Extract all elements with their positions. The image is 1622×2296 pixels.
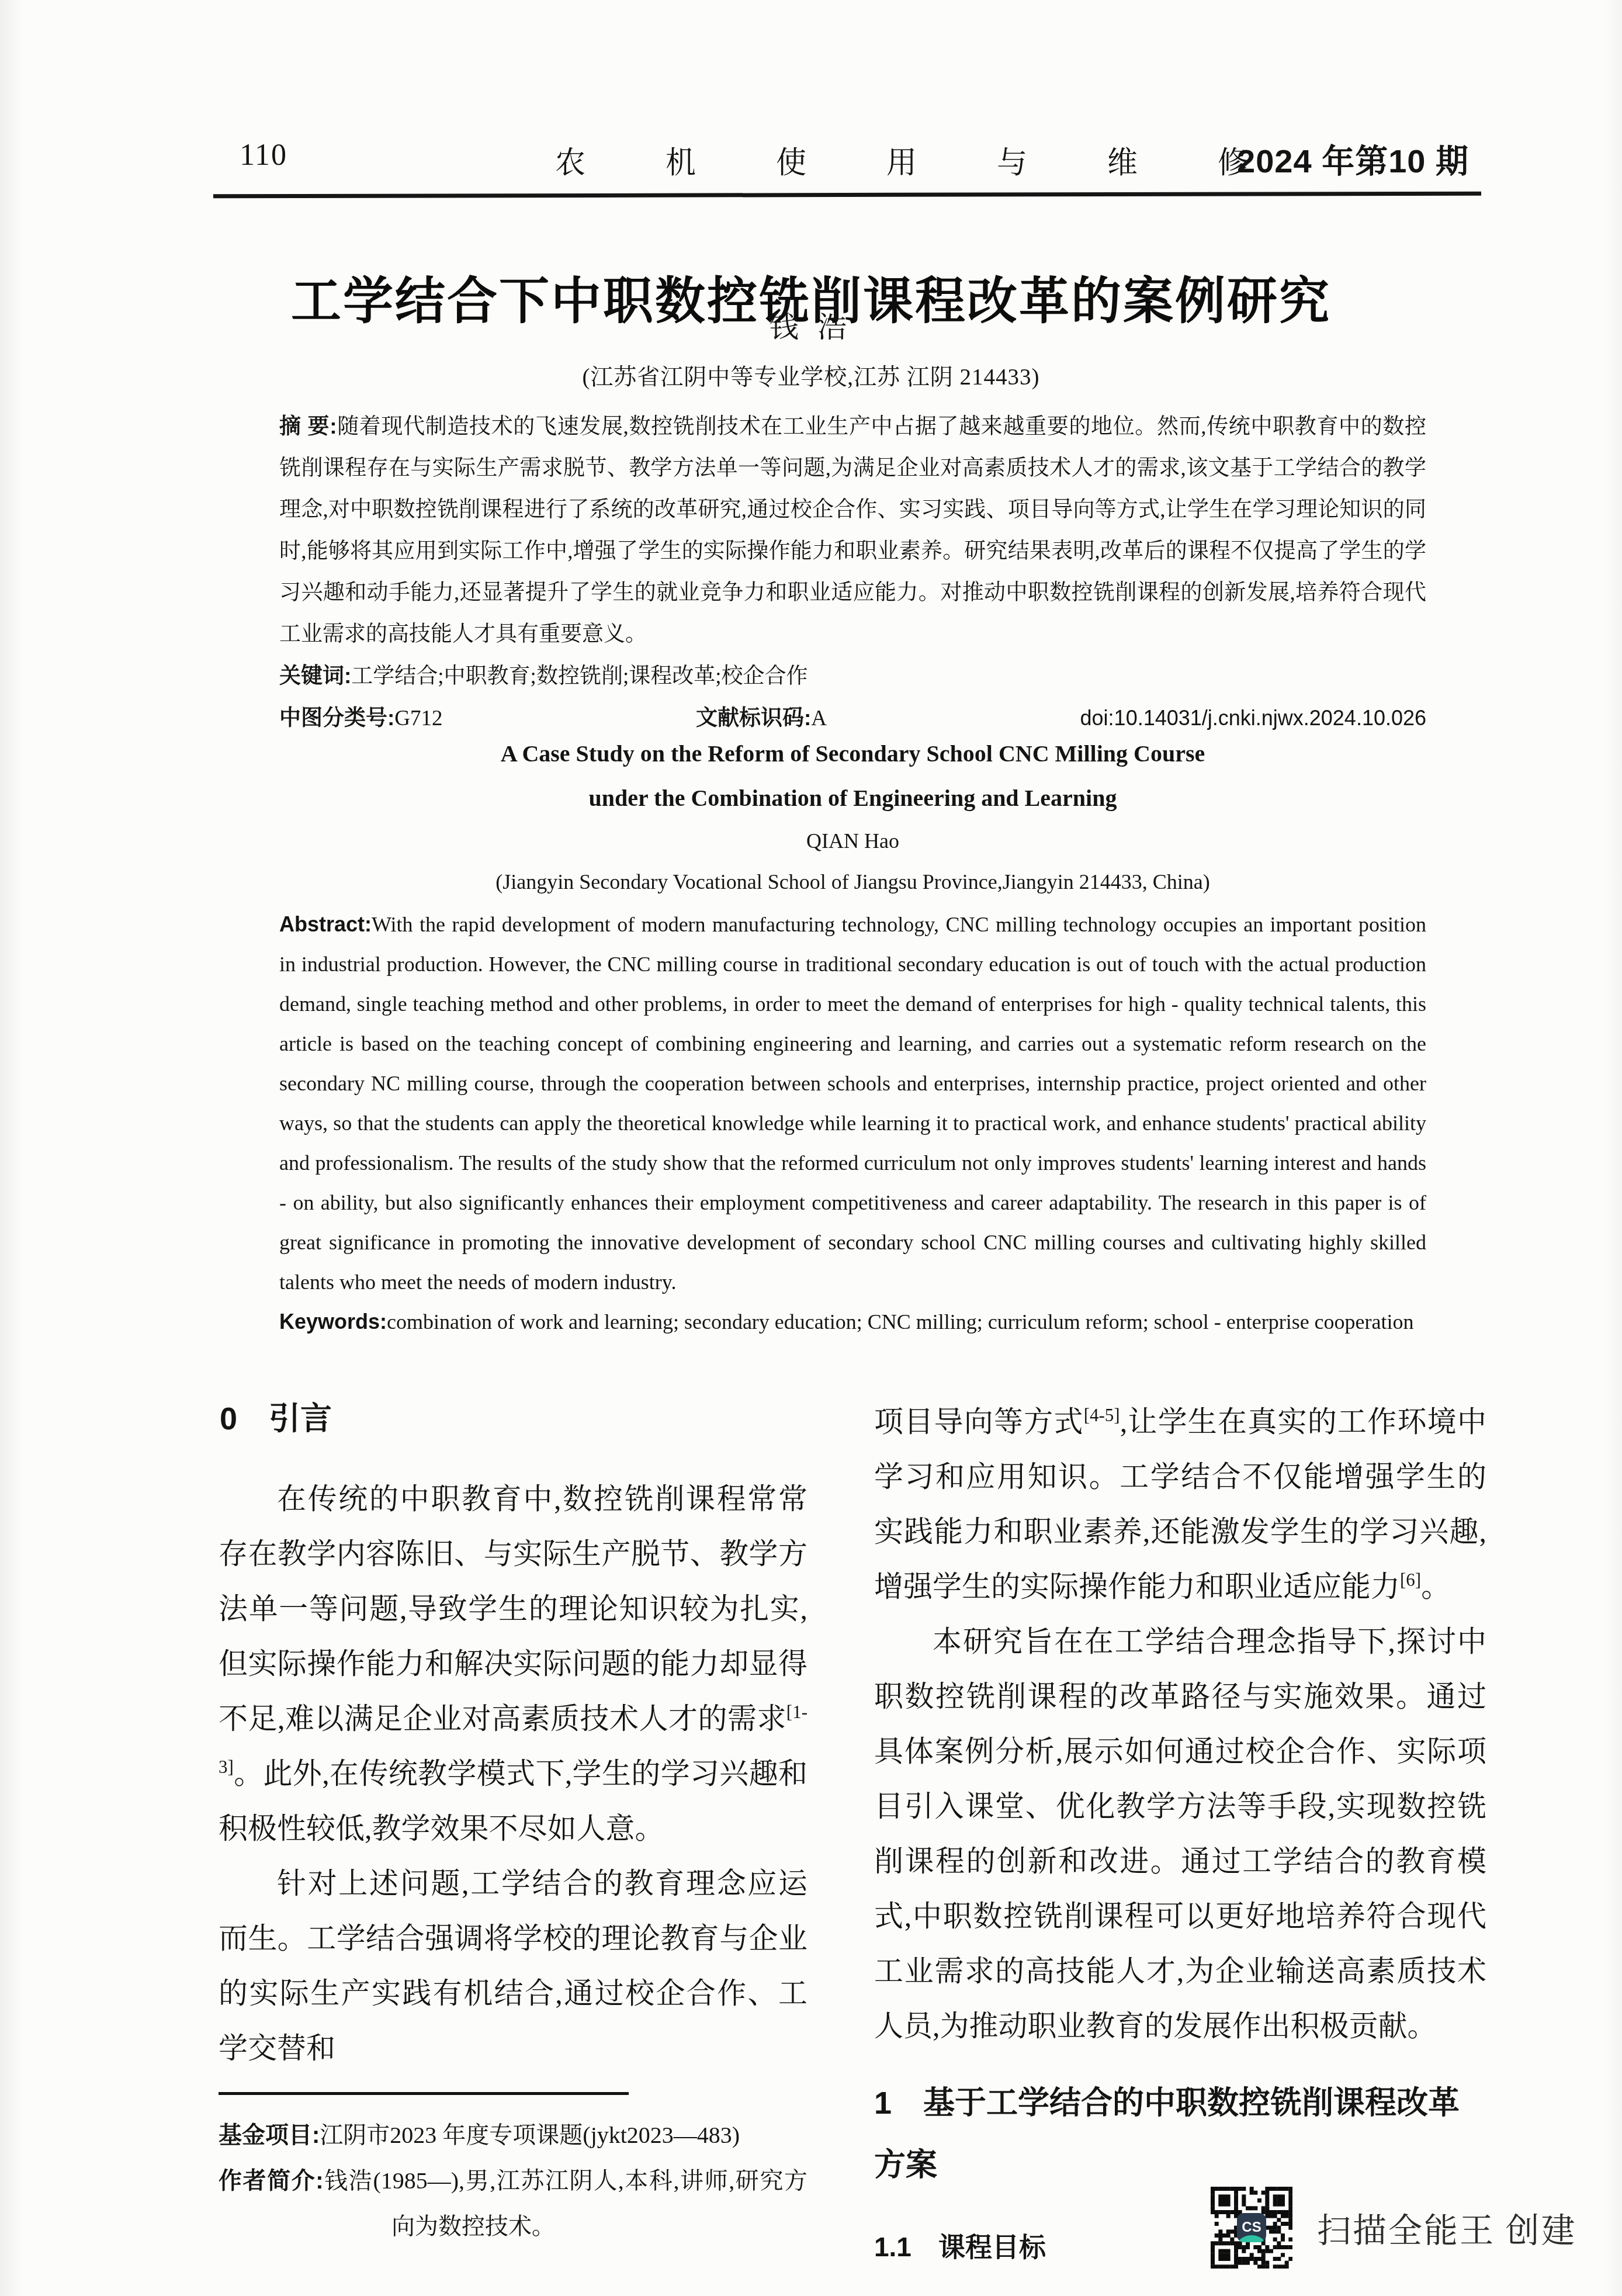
footnote-block: 基金项目:江阴市2023 年度专项课题(jykt2023—483) 作者简介:钱… (219, 2113, 807, 2249)
english-block: A Case Study on the Reform of Secondary … (279, 732, 1426, 1342)
english-keywords-label: Keywords: (279, 1310, 387, 1334)
page-number: 110 (240, 138, 287, 172)
body-column-right: 项目导向等方式[4-5],让学生在真实的工作环境中学习和应用知识。工学结合不仅能… (874, 1394, 1486, 2265)
chinese-abstract-block: 摘 要:随着现代制造技术的飞速发展,数控铣削技术在工业生产中占据了越来越重要的地… (279, 406, 1426, 739)
keywords-paragraph: 关键词:工学结合;中职教育;数控铣削;课程改革;校企合作 (279, 655, 1426, 697)
english-abstract-text: With the rapid development of modern man… (279, 913, 1426, 1294)
author-affiliation: (江苏省江阴中等专业学校,江苏 江阴 214433) (0, 359, 1622, 392)
footnote-separator (219, 2092, 629, 2095)
scanner-watermark: CS 扫描全能王 创建 (1211, 2187, 1577, 2269)
clc-label: 中图分类号: (279, 706, 394, 730)
keywords-label: 关键词: (279, 664, 351, 688)
camscanner-logo-text: CS (1242, 2219, 1261, 2236)
fund-text: 江阴市2023 年度专项课题(jykt2023—483) (320, 2122, 740, 2148)
abstract-text: 随着现代制造技术的飞速发展,数控铣削技术在工业生产中占据了越来越重要的地位。然而… (279, 415, 1426, 646)
english-title-line2: under the Combination of Engineering and… (279, 776, 1426, 820)
doc-code-label: 文献标识码: (696, 706, 811, 730)
scanner-caption: 扫描全能王 创建 (1317, 2203, 1577, 2252)
journal-page: 110 农 机 使 用 与 维 修 2024 年第10 期 工学结合下中职数控铣… (0, 0, 1622, 2296)
english-author: QIAN Hao (279, 820, 1426, 861)
english-keywords-paragraph: Keywords:combination of work and learnin… (279, 1302, 1426, 1342)
bio-text: 钱浩(1985—),男,江苏江阴人,本科,讲师,研究方向为数控技术。 (324, 2167, 807, 2239)
english-title-line1: A Case Study on the Reform of Secondary … (279, 732, 1426, 776)
keywords-text: 工学结合;中职教育;数控铣削;课程改革;校企合作 (351, 664, 807, 688)
header-rule (213, 192, 1481, 199)
english-abstract-label: Abstract: (279, 912, 372, 936)
author-name: 钱 浩 (0, 304, 1622, 346)
section-0-heading: 0 引言 (220, 1397, 807, 1441)
section-1-heading: 1 基于工学结合的中职数控铣削课程改革方案 (874, 2072, 1486, 2196)
issue-label: 2024 年第10 期 (1237, 136, 1469, 182)
qr-code: CS (1211, 2187, 1292, 2269)
english-abstract-paragraph: Abstract:With the rapid development of m… (279, 905, 1426, 1302)
bio-label: 作者简介: (219, 2168, 324, 2194)
intro-paragraph-2: 针对上述问题,工学结合的教育理念应运而生。工学结合强调将学校的理论教育与企业的实… (219, 1856, 807, 2076)
author-bio-note: 作者简介:钱浩(1985—),男,江苏江阴人,本科,讲师,研究方向为数控技术。 (219, 2158, 807, 2249)
clc-value: G712 (394, 707, 442, 730)
fund-label: 基金项目: (219, 2122, 320, 2148)
abstract-paragraph: 摘 要:随着现代制造技术的飞速发展,数控铣削技术在工业生产中占据了越来越重要的地… (279, 406, 1426, 655)
body-column-left: 0 引言 在传统的中职教育中,数控铣削课程常常存在教学内容陈旧、与实际生产脱节、… (219, 1394, 807, 2249)
fund-project-note: 基金项目:江阴市2023 年度专项课题(jykt2023—483) (219, 2113, 807, 2158)
journal-title: 农 机 使 用 与 维 修 (555, 138, 1139, 182)
camscanner-logo-icon: CS (1237, 2213, 1266, 2242)
intro-paragraph-1: 在传统的中职教育中,数控铣削课程常常存在教学内容陈旧、与实际生产脱节、教学方法单… (219, 1471, 807, 1856)
continuation-paragraph-2: 本研究旨在在工学结合理念指导下,探讨中职数控铣削课程的改革路径与实施效果。通过具… (874, 1614, 1486, 2053)
english-keywords-text: combination of work and learning; second… (387, 1310, 1414, 1334)
abstract-label: 摘 要: (279, 414, 337, 438)
doc-code-value: A (811, 707, 827, 730)
continuation-paragraph-1: 项目导向等方式[4-5],让学生在真实的工作环境中学习和应用知识。工学结合不仅能… (874, 1394, 1486, 1614)
english-affiliation: (Jiangyin Secondary Vocational School of… (279, 861, 1426, 902)
